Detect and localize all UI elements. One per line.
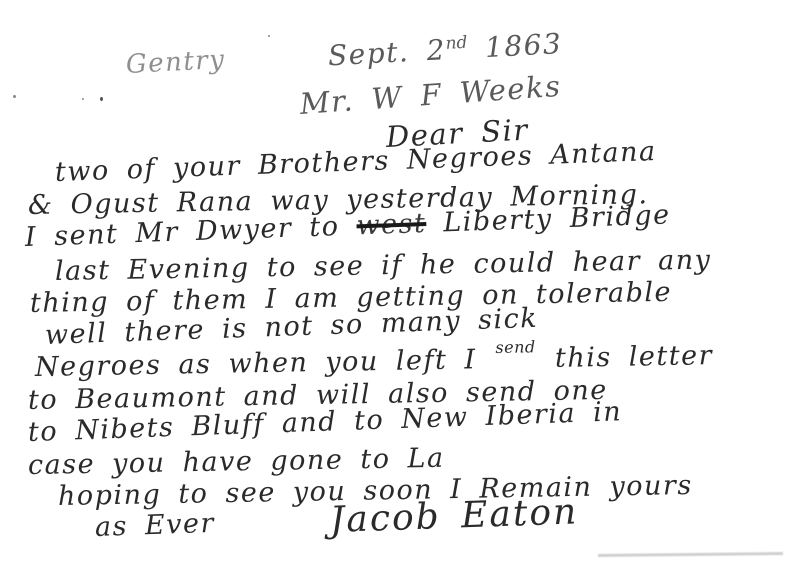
body-line-7: Negroes as when you left I send this let… xyxy=(35,342,713,381)
letter-page: Gentry Sept. 2nd 1863 Mr. W F Weeks Dear… xyxy=(0,0,800,572)
scan-speck xyxy=(82,98,84,100)
letter-signature: Jacob Eaton xyxy=(329,494,578,539)
letter-place: Gentry xyxy=(125,47,226,78)
struck-out-word: west xyxy=(356,208,427,241)
scan-smudge-line xyxy=(598,552,783,557)
body-line-7-post: this letter xyxy=(538,340,714,374)
date-ordinal: nd xyxy=(445,33,468,54)
date-main: Sept. 2 xyxy=(327,33,447,72)
scan-speck xyxy=(13,95,16,98)
scan-speck xyxy=(268,35,270,37)
letter-date: Sept. 2nd 1863 xyxy=(327,30,563,71)
inserted-word-above-line: send xyxy=(495,337,536,357)
body-line-10: case you have gone to La xyxy=(28,445,445,479)
body-line-1: two of your Brothers Negroes Antana xyxy=(55,138,657,186)
date-year: 1863 xyxy=(467,27,563,65)
scan-speck xyxy=(100,97,103,101)
letter-closing: as Ever xyxy=(95,510,216,541)
